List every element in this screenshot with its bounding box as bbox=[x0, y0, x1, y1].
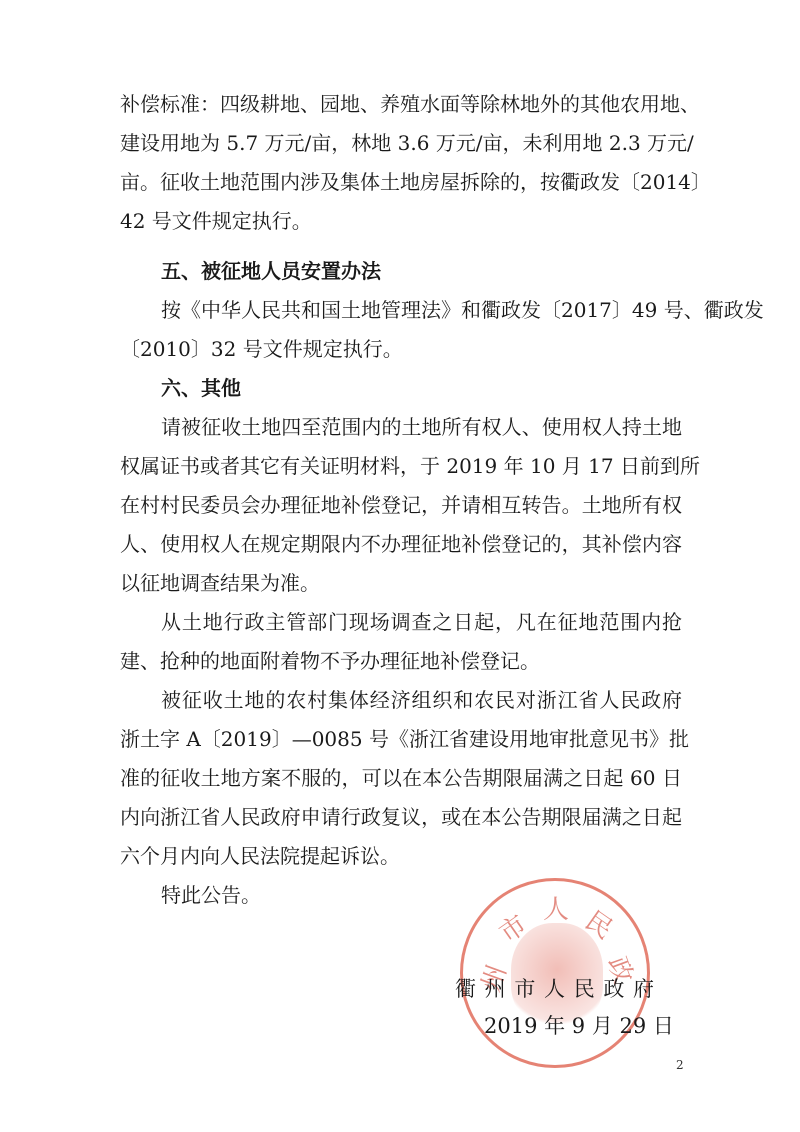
text-line: 42 号文件规定执行。 bbox=[120, 209, 682, 233]
text-line: 请被征收土地四至范围内的土地所有权人、使用权人持土地 bbox=[161, 415, 682, 439]
seal-text-char: 人 bbox=[543, 889, 569, 926]
text-line: 权属证书或者其它有关证明材料，于 2019 年 10 月 17 日前到所 bbox=[120, 454, 682, 478]
document-page: 补偿标准：四级耕地、园地、养殖水面等除林地外的其他农用地、 建设用地为 5.7 … bbox=[0, 0, 800, 1132]
text-line: 〔2010〕32 号文件规定执行。 bbox=[120, 337, 682, 361]
text-line: 从土地行政主管部门现场调查之日起，凡在征地范围内抢 bbox=[161, 610, 682, 634]
text-line: 以征地调查结果为准。 bbox=[120, 571, 682, 595]
issuer-name: 衢 州 市 人 民 政 府 bbox=[455, 976, 655, 1002]
page-number: 2 bbox=[676, 1058, 684, 1072]
text-line: 人、使用权人在规定期限内不办理征地补偿登记的，其补偿内容 bbox=[120, 532, 682, 556]
text-line: 建、抢种的地面附着物不予办理征地补偿登记。 bbox=[120, 649, 682, 673]
text-line: 补偿标准：四级耕地、园地、养殖水面等除林地外的其他农用地、 bbox=[120, 92, 682, 116]
text-line: 内向浙江省人民政府申请行政复议，或在本公告期限届满之日起 bbox=[120, 805, 682, 829]
text-line: 准的征收土地方案不服的，可以在本公告期限届满之日起 60 日 bbox=[120, 766, 682, 790]
text-line: 建设用地为 5.7 万元/亩，林地 3.6 万元/亩，未利用地 2.3 万元/ bbox=[120, 131, 682, 155]
section-heading-other: 六、其他 bbox=[161, 376, 723, 400]
issue-date: 2019 年 9 月 29 日 bbox=[484, 1013, 674, 1039]
text-line: 浙土字 A〔2019〕—0085 号《浙江省建设用地审批意见书》批 bbox=[120, 727, 682, 751]
text-line: 被征收土地的农村集体经济组织和农民对浙江省人民政府 bbox=[161, 688, 682, 712]
text-line: 在村村民委员会办理征地补偿登记，并请相互转告。土地所有权 bbox=[120, 493, 682, 517]
text-line: 亩。征收土地范围内涉及集体土地房屋拆除的，按衢政发〔2014〕 bbox=[120, 170, 682, 194]
official-seal: 州 市 人 民 政 bbox=[460, 878, 650, 1068]
text-line: 六个月内向人民法院提起诉讼。 bbox=[120, 844, 682, 868]
text-line: 按《中华人民共和国土地管理法》和衢政发〔2017〕49 号、衢政发 bbox=[161, 298, 682, 322]
section-heading-resettlement: 五、被征地人员安置办法 bbox=[161, 259, 723, 283]
